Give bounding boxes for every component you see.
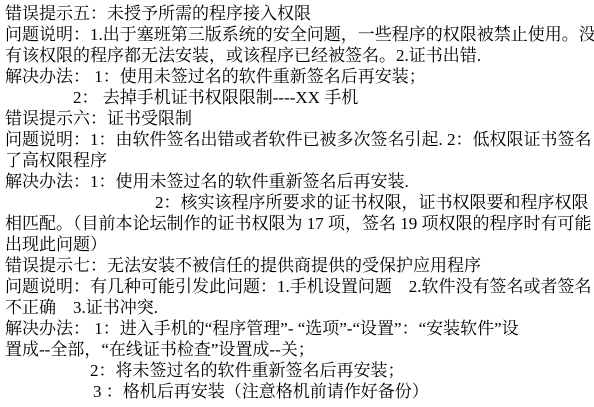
- text-line-error6-problem-1: 问题说明：1：由软件签名出错或者软件已被多次签名引起. 2：低权限证书签名: [5, 129, 590, 150]
- text-line-error7-problem-2: 不正确 3.证书冲突.: [5, 297, 590, 318]
- text-line-error6-problem-2: 了高权限程序: [5, 150, 590, 171]
- text-line-error5-problem-2: 有该权限的程序都无法安装，或该程序已经被签名。2.证书出错.: [5, 45, 590, 66]
- text-line-error5-problem-1: 问题说明：1.出于塞班第三版系统的安全问题，一些程序的权限被禁止使用。没: [5, 24, 590, 45]
- error-help-document: 错误提示五：未授予所需的程序接入权限 问题说明：1.出于塞班第三版系统的安全问题…: [0, 0, 594, 407]
- text-line-error7-solution-3: 2：将未签过名的软件重新签名后再安装；: [5, 360, 590, 381]
- text-line-error7-problem-1: 问题说明：有几种可能引发此问题：1.手机设置问题 2.软件没有签名或者签名: [5, 276, 590, 297]
- text-line-error6-solution-1: 解决办法：1：使用未签过名的软件重新签名后再安装.: [5, 171, 590, 192]
- text-line-error6-solution-2: 2：核实该程序所要求的证书权限，证书权限要和程序权限: [5, 192, 590, 213]
- text-line-error6-solution-4: 出现此问题）: [5, 234, 590, 255]
- text-line-error6-solution-3: 相匹配。（目前本论坛制作的证书权限为 17 项，签名 19 项权限的程序时有可能: [5, 213, 590, 234]
- text-line-error7-solution-1: 解决办法： 1：进入手机的“程序管理”- “选项”-“设置”：“安装软件”设: [5, 318, 590, 339]
- text-line-error7-title: 错误提示七：无法安装不被信任的提供商提供的受保护应用程序: [5, 255, 590, 276]
- text-line-error7-solution-2: 置成--全部，“在线证书检查”设置成--关；: [5, 339, 590, 360]
- text-line-error5-title: 错误提示五：未授予所需的程序接入权限: [5, 3, 590, 24]
- text-line-error5-solution-1: 解决办法： 1：使用未签过名的软件重新签名后再安装；: [5, 66, 590, 87]
- text-line-error6-title: 错误提示六：证书受限制: [5, 108, 590, 129]
- text-line-error5-solution-2: 2： 去掉手机证书权限限制----XX 手机: [5, 87, 590, 108]
- text-line-error7-solution-4: 3 ：格机后再安装（注意格机前请作好备份）: [5, 381, 590, 402]
